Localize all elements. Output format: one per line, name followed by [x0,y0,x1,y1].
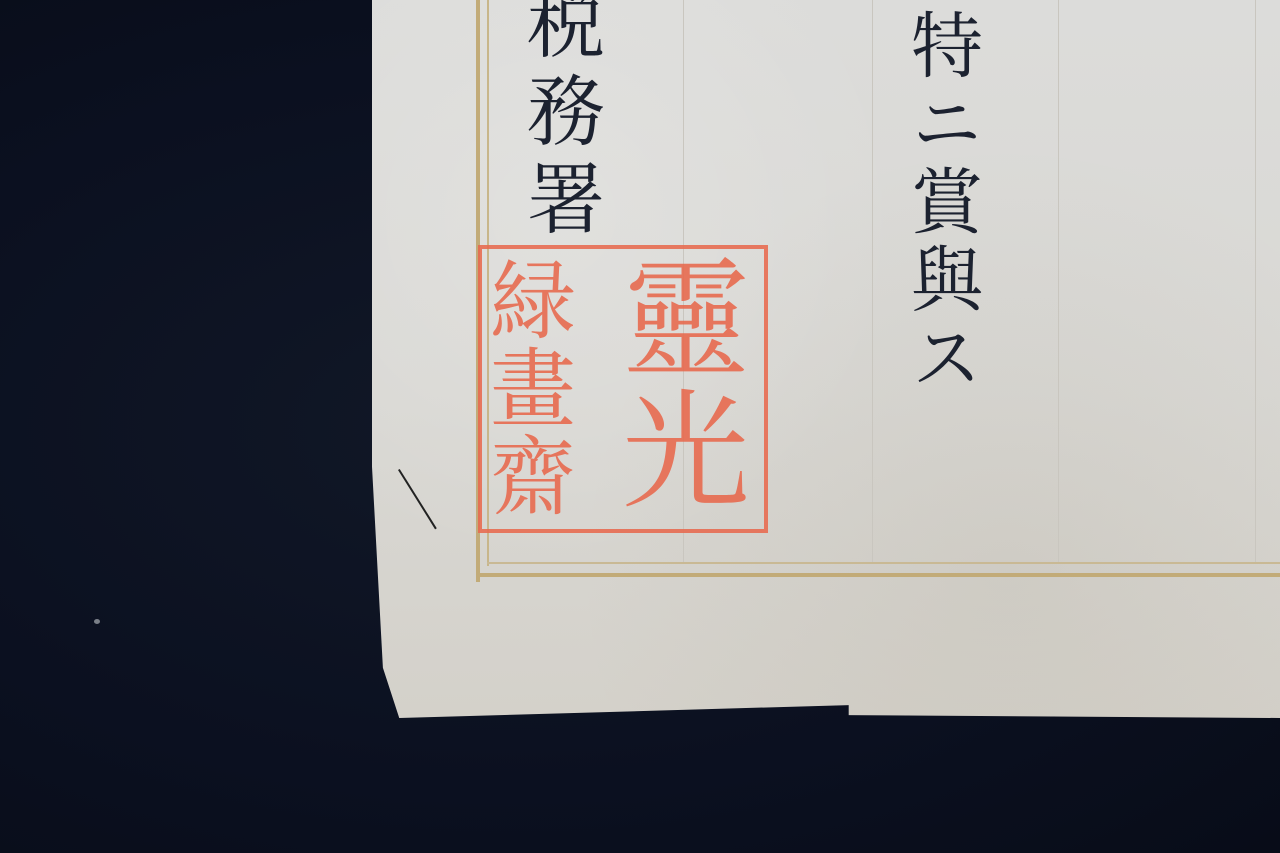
photo-scene: 税務署 特ニ賞與ス 靈 光 緑 畫 齋 [0,0,1280,853]
handwritten-text-left: 税務署 [520,0,598,246]
handwritten-text-right: 特ニ賞與ス [905,8,977,398]
seal-character: 畫 [490,347,576,433]
frame-border-bottom-outer [476,573,1280,577]
seal-character: 齋 [490,435,576,521]
seal-character: 緑 [490,259,576,345]
ruled-line [1058,0,1059,562]
ruled-line [872,0,873,562]
seal-character: 光 [622,389,750,517]
red-seal-stamp: 靈 光 緑 畫 齋 [478,245,768,533]
dust-speck [94,619,100,624]
frame-border-bottom-inner [487,562,1280,564]
ruled-line [1255,0,1256,562]
seal-character: 靈 [622,257,750,385]
